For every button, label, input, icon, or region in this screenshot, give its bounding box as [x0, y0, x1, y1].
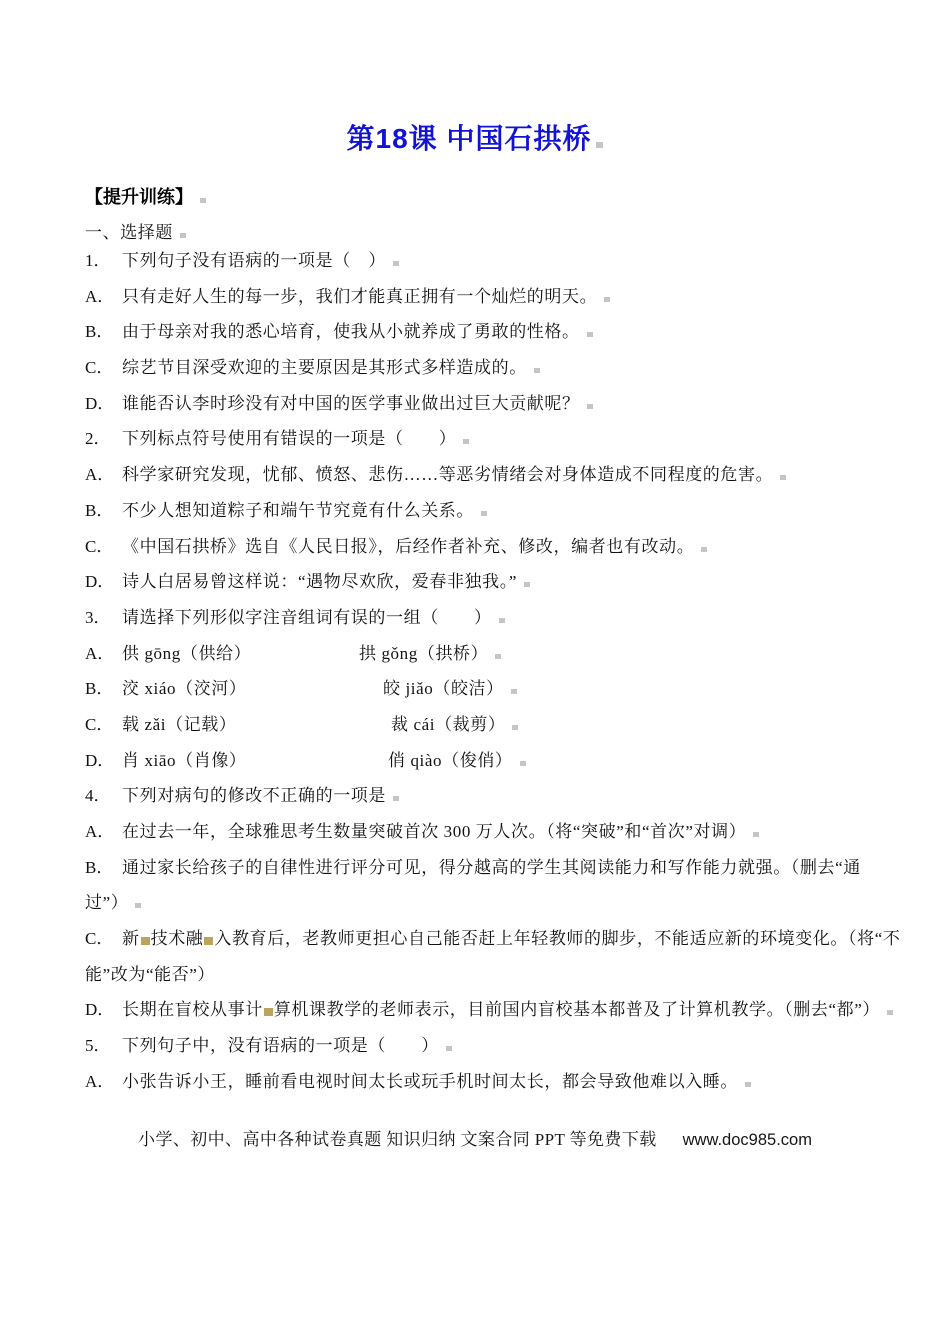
option-label: C．: [85, 707, 122, 743]
paragraph-mark: [701, 547, 707, 552]
option-label: D．: [85, 992, 122, 1028]
annotation-mark: [264, 1008, 273, 1016]
page-footer: 小学、初中、高中各种试卷真题 知识归纳 文案合同 PPT 等免费下载www.do…: [0, 1125, 950, 1150]
pinyin-col2: 俏 qiào（俊俏）: [388, 751, 513, 770]
option-line: B．通过家长给孩子的自律性进行评分可见，得分越高的学生其阅读能力和写作能力就强。…: [85, 850, 895, 886]
paragraph-mark: [200, 198, 206, 203]
option-label: D．: [85, 386, 122, 422]
option-line: A．科学家研究发现，忧郁、愤怒、悲伤……等恶劣情绪会对身体造成不同程度的危害。: [85, 457, 895, 493]
question-text: 请选择下列形似字注音组词有误的一组（ ）: [122, 608, 492, 627]
document-page: 第18课 中国石拱桥 【提升训练】 一、选择题 1．下列句子没有语病的一项是（ …: [0, 0, 950, 1344]
option-label: C．: [85, 529, 122, 565]
paragraph-mark: [512, 725, 518, 730]
paragraph-mark: [780, 475, 786, 480]
question-number: 4．: [85, 778, 122, 814]
option-line: A．小张告诉小王，睡前看电视时间太长或玩手机时间太长，都会导致他难以入睡。: [85, 1064, 895, 1100]
paragraph-mark: [499, 618, 505, 623]
option-label: B．: [85, 314, 122, 350]
pinyin-col1: 载 zǎi（记载）: [122, 707, 391, 743]
paragraph-mark: [495, 654, 501, 659]
option-label: A．: [85, 636, 122, 672]
pinyin-col2: 裁 cái（裁剪）: [391, 715, 505, 734]
paragraph-mark: [520, 761, 526, 766]
footer-url: www.doc985.com: [683, 1131, 812, 1149]
pinyin-col1: 供 gōng（供给）: [122, 636, 359, 672]
option-line: B．由于母亲对我的悉心培育，使我从小就养成了勇敢的性格。: [85, 314, 895, 350]
paragraph-mark: [511, 689, 517, 694]
annotation-mark: [204, 937, 213, 945]
paragraph-mark: [180, 233, 186, 238]
option-text: 长期在盲校从事计: [122, 1000, 263, 1019]
option-text: 算机课教学的老师表示，目前国内盲校基本都普及了计算机教学。（删去“都”）: [274, 1000, 880, 1019]
option-text: 通过家长给孩子的自律性进行评分可见，得分越高的学生其阅读能力和写作能力就强。（删…: [122, 858, 861, 877]
question-stem: 1．下列句子没有语病的一项是（ ）: [85, 243, 895, 279]
option-line: B．洨 xiáo（洨河）皎 jiǎo（皎洁）: [85, 671, 895, 707]
option-line: D．长期在盲校从事计算机课教学的老师表示，目前国内盲校基本都普及了计算机教学。（…: [85, 992, 895, 1028]
option-label: A．: [85, 1064, 122, 1100]
paragraph-mark: [596, 142, 603, 148]
option-line: A．在过去一年，全球雅思考生数量突破首次 300 万人次。（将“突破”和“首次”…: [85, 814, 895, 850]
pinyin-col2: 拱 gǒng（拱桥）: [359, 644, 488, 663]
option-line: A．只有走好人生的每一步，我们才能真正拥有一个灿烂的明天。: [85, 279, 895, 315]
option-text: 小张告诉小王，睡前看电视时间太长或玩手机时间太长，都会导致他难以入睡。: [122, 1072, 738, 1091]
annotation-mark: [141, 937, 150, 945]
option-label: A．: [85, 279, 122, 315]
option-label: B．: [85, 493, 122, 529]
paragraph-mark: [534, 368, 540, 373]
option-text: 诗人白居易曾这样说：“遇物尽欢欣，爱春非独我。”: [122, 572, 517, 591]
paragraph-mark: [887, 1010, 893, 1015]
option-continuation-line: 过”）: [85, 885, 895, 921]
paragraph-mark: [481, 511, 487, 516]
option-label: C．: [85, 921, 122, 957]
option-label: B．: [85, 850, 122, 886]
option-text: 《中国石拱桥》选自《人民日报》，后经作者补充、修改，编者也有改动。: [122, 537, 694, 556]
paragraph-mark: [524, 582, 530, 587]
question-stem: 4．下列对病句的修改不正确的一项是: [85, 778, 895, 814]
question-text: 下列对病句的修改不正确的一项是: [122, 786, 386, 805]
question-text: 下列句子没有语病的一项是（ ）: [122, 251, 386, 270]
question-stem: 5．下列句子中，没有语病的一项是（ ）: [85, 1028, 895, 1064]
option-label: A．: [85, 814, 122, 850]
option-text: 技术融: [151, 929, 204, 948]
question-number: 1．: [85, 243, 122, 279]
option-line: D．诗人白居易曾这样说：“遇物尽欢欣，爱春非独我。”: [85, 564, 895, 600]
questions-area: 1．下列句子没有语病的一项是（ ） A．只有走好人生的每一步，我们才能真正拥有一…: [85, 243, 895, 1100]
option-line: C．综艺节目深受欢迎的主要原因是其形式多样造成的。: [85, 350, 895, 386]
option-text: 只有走好人生的每一步，我们才能真正拥有一个灿烂的明天。: [122, 287, 597, 306]
option-text: 过”）: [85, 893, 128, 912]
option-label: D．: [85, 564, 122, 600]
option-text: 入教育后，老教师更担心自己能否赶上年轻教师的脚步，不能适应新的环境变化。（将“不: [214, 929, 900, 948]
question-text: 下列句子中，没有语病的一项是（ ）: [122, 1036, 439, 1055]
subsection-header: 一、选择题: [85, 218, 186, 243]
question-number: 5．: [85, 1028, 122, 1064]
option-continuation-line: 能”改为“能否”）: [85, 957, 895, 993]
paragraph-mark: [463, 439, 469, 444]
doc-title-text: 第18课 中国石拱桥: [347, 123, 592, 154]
section-header: 【提升训练】: [85, 183, 206, 209]
option-label: A．: [85, 457, 122, 493]
doc-title: 第18课 中国石拱桥: [0, 117, 950, 157]
question-text: 下列标点符号使用有错误的一项是（ ）: [122, 429, 456, 448]
option-text: 能”改为“能否”）: [85, 965, 215, 984]
option-text: 新: [122, 929, 140, 948]
option-line: A．供 gōng（供给）拱 gǒng（拱桥）: [85, 636, 895, 672]
pinyin-col1: 洨 xiáo（洨河）: [122, 671, 383, 707]
option-text: 不少人想知道粽子和端午节究竟有什么关系。: [122, 501, 474, 520]
paragraph-mark: [604, 297, 610, 302]
question-number: 3．: [85, 600, 122, 636]
option-line: C．载 zǎi（记载）裁 cái（裁剪）: [85, 707, 895, 743]
paragraph-mark: [587, 332, 593, 337]
paragraph-mark: [135, 903, 141, 908]
option-label: D．: [85, 743, 122, 779]
question-stem: 3．请选择下列形似字注音组词有误的一组（ ）: [85, 600, 895, 636]
option-line: C．《中国石拱桥》选自《人民日报》，后经作者补充、修改，编者也有改动。: [85, 529, 895, 565]
option-text: 科学家研究发现，忧郁、愤怒、悲伤……等恶劣情绪会对身体造成不同程度的危害。: [122, 465, 773, 484]
section-header-text: 【提升训练】: [85, 187, 193, 207]
paragraph-mark: [753, 832, 759, 837]
option-line: C．新技术融入教育后，老教师更担心自己能否赶上年轻教师的脚步，不能适应新的环境变…: [85, 921, 895, 957]
paragraph-mark: [587, 404, 593, 409]
footer-note: 小学、初中、高中各种试卷真题 知识归纳 文案合同 PPT 等免费下载: [138, 1130, 657, 1149]
pinyin-col2: 皎 jiǎo（皎洁）: [383, 679, 504, 698]
pinyin-col1: 肖 xiāo（肖像）: [122, 743, 388, 779]
paragraph-mark: [446, 1046, 452, 1051]
option-label: B．: [85, 671, 122, 707]
option-text: 谁能否认李时珍没有对中国的医学事业做出过巨大贡献呢？: [122, 394, 580, 413]
paragraph-mark: [393, 261, 399, 266]
option-line: D．谁能否认李时珍没有对中国的医学事业做出过巨大贡献呢？: [85, 386, 895, 422]
option-text: 由于母亲对我的悉心培育，使我从小就养成了勇敢的性格。: [122, 322, 580, 341]
option-text: 综艺节目深受欢迎的主要原因是其形式多样造成的。: [122, 358, 527, 377]
option-text: 在过去一年，全球雅思考生数量突破首次 300 万人次。（将“突破”和“首次”对调…: [122, 822, 746, 841]
paragraph-mark: [393, 796, 399, 801]
paragraph-mark: [745, 1082, 751, 1087]
question-number: 2．: [85, 421, 122, 457]
option-line: D．肖 xiāo（肖像）俏 qiào（俊俏）: [85, 743, 895, 779]
option-label: C．: [85, 350, 122, 386]
subsection-header-text: 一、选择题: [85, 223, 173, 242]
question-stem: 2．下列标点符号使用有错误的一项是（ ）: [85, 421, 895, 457]
option-line: B．不少人想知道粽子和端午节究竟有什么关系。: [85, 493, 895, 529]
